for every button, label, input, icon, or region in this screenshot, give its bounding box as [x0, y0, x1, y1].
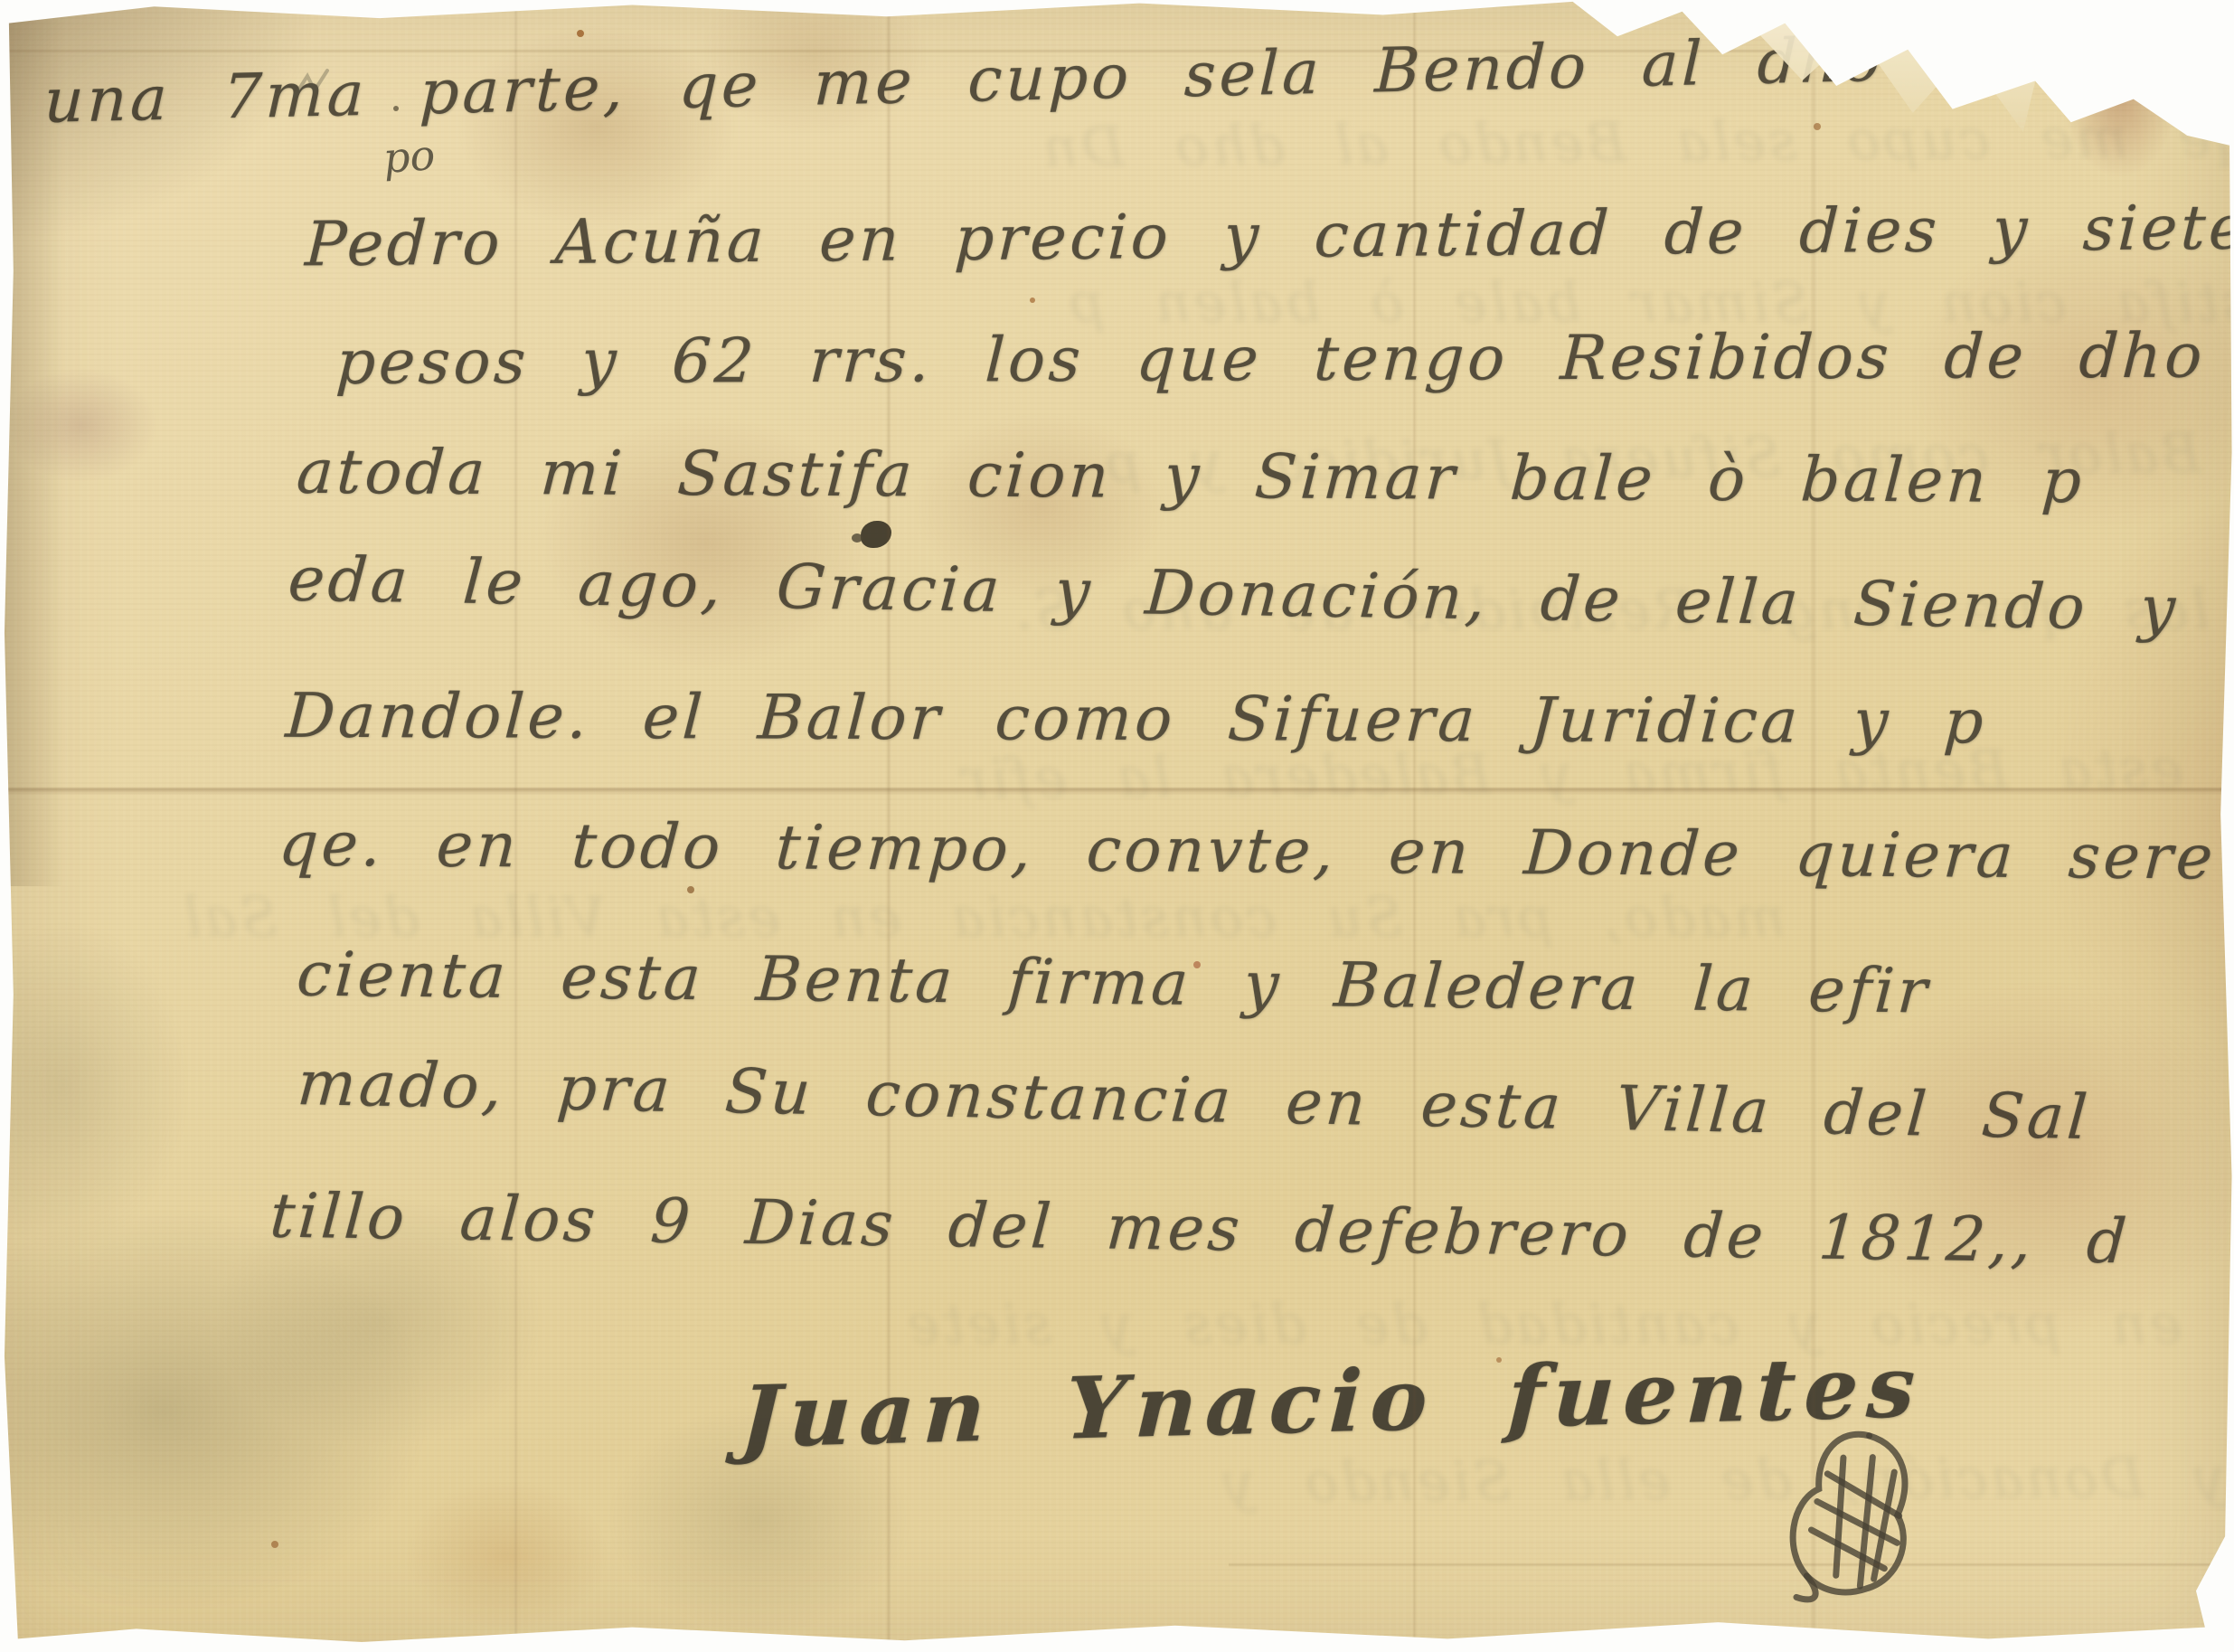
manuscript-line: atoda mi Sastifa cion y Simar bale ò bal…: [295, 437, 2087, 517]
manuscript-line: qe. en todo tiempo, convte, en Donde qui…: [277, 809, 2218, 894]
manuscript-line: Pedro Acuña en precio y cantidad de dies…: [304, 193, 2234, 281]
manuscript-line: pesos y 62 rrs. los que tengo Resibidos …: [335, 320, 2234, 399]
pencil-mark: [287, 60, 342, 114]
document-scan: una 7ma parte, qe me cupo sela Bendo al …: [0, 0, 2234, 1652]
manuscript-line: Dandole. el Balor como Sifuera Juridica …: [284, 681, 1988, 759]
manuscript-line: cienta esta Benta firma y Baledera la ef…: [295, 939, 1933, 1028]
foxing-specks: [0, 0, 4, 4]
manuscript-line: eda le ago, Gracia y Donación, de ella S…: [286, 544, 2181, 646]
manuscript-line: tillo alos 9 Dias del mes defebrero de 1…: [268, 1181, 2132, 1279]
interlinear-insertion: po: [382, 130, 437, 183]
rubric-flourish-icon: [1760, 1413, 1956, 1620]
manuscript-line: mado, pra Su constancia en esta Villa de…: [295, 1048, 2093, 1154]
manuscript-page: una 7ma parte, qe me cupo sela Bendo al …: [0, 0, 2234, 1652]
